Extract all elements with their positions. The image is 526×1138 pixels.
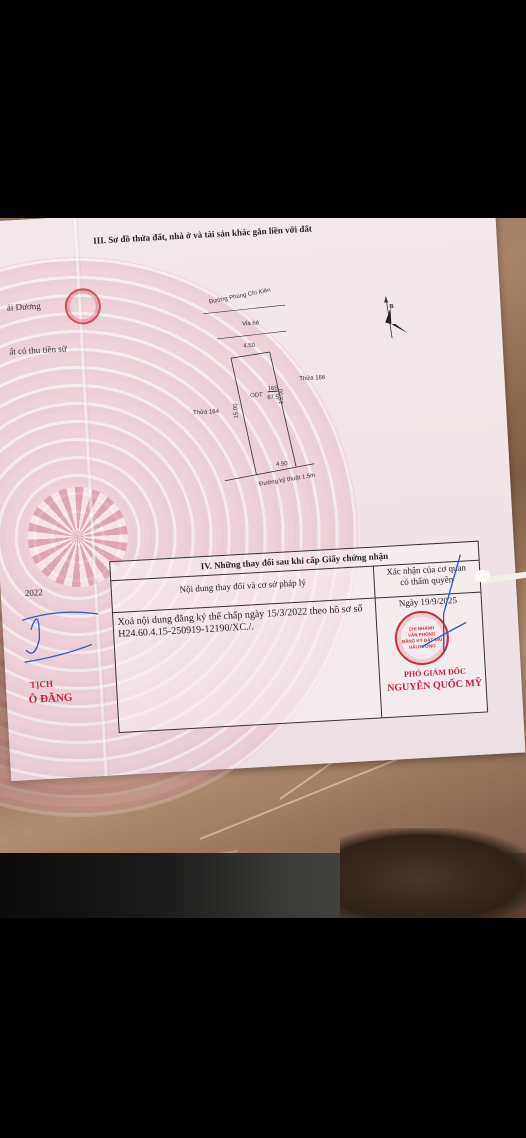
land-type-label: ODT (250, 392, 263, 399)
north-arrow-icon: B (380, 293, 413, 350)
signature (410, 552, 476, 665)
province-text: ải Dương (7, 301, 41, 313)
changes-table: IV. Những thay đổi sau khi cấp Giấy chứn… (109, 541, 488, 733)
signer-name: NGUYỄN QUỐC MỸ (383, 678, 485, 695)
cat-partial (340, 828, 526, 918)
compass-label: B (389, 304, 394, 310)
sidewalk-label: Vỉa hè (242, 321, 259, 328)
document-photo: ải Dương ất có thu tiền sử 2022 TỊCH Ô Đ… (0, 218, 526, 918)
width-top-label: 4.50 (243, 343, 255, 350)
left-signer-name: Ô ĐĂNG (28, 692, 72, 706)
left-signer-title: TỊCH (30, 679, 54, 690)
side-right-label: 15.00 (278, 389, 285, 404)
left-signature (19, 595, 113, 670)
width-bottom-label: 4.50 (276, 461, 288, 468)
year-text: 2022 (25, 587, 44, 598)
parcel-number-label: 165 (268, 386, 278, 393)
parcel-diagram: Đường Phùng Chí Kiên Vỉa hè 4.50 15.00 1… (183, 260, 396, 501)
section-iii-title: III. Sơ đồ thửa đất, nhà ở và tài sản kh… (93, 223, 312, 245)
side-left-label: 15.00 (233, 403, 240, 418)
area-label: 67.5 (267, 395, 279, 402)
certificate-page: ải Dương ất có thu tiền sử 2022 TỊCH Ô Đ… (0, 218, 525, 781)
entry-content: Xoá nội dung đăng ký thế chấp ngày 15/3/… (117, 603, 368, 641)
